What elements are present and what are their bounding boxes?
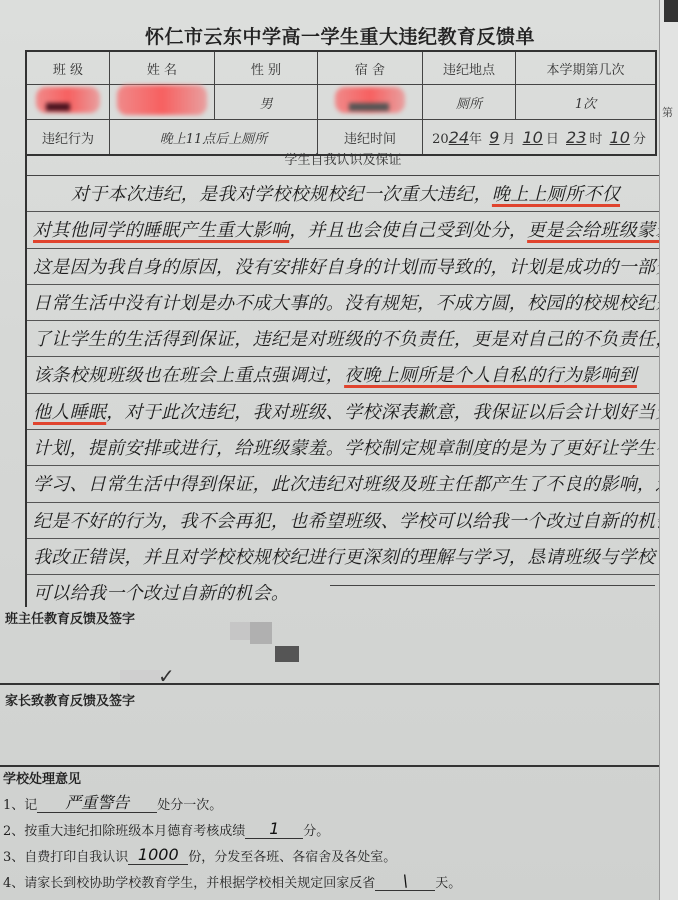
year-unit: 年 <box>469 132 482 147</box>
student-info-table: 班 级 姓 名 性 别 宿 舍 违纪地点 本学期第几次 男 厕所 1次 违纪行为… <box>25 50 657 156</box>
section-divider <box>330 585 655 586</box>
occurrence-value: 1次 <box>516 85 657 120</box>
head-teacher-feedback-label: 班主任教育反馈及签字 <box>5 608 135 627</box>
school-opinion-label: 学校处理意见 <box>3 768 81 787</box>
opinion-item-2: 2、按重大违纪扣除班级本月德育考核成绩1分。 <box>3 820 329 839</box>
line-text: ，并且也会使自己受到处分， <box>289 220 527 241</box>
item-suffix: 分。 <box>303 824 329 839</box>
parent-feedback-label: 家长致教育反馈及签字 <box>5 690 135 709</box>
hour-value: 23 <box>563 128 589 147</box>
item-suffix: 天。 <box>435 876 461 891</box>
item-prefix: 1、记 <box>3 798 37 813</box>
header-location: 违纪地点 <box>423 51 516 85</box>
header-gender: 性 别 <box>215 51 318 85</box>
handwritten-line: 计划，提前安排或进行，给班级蒙羞。学校制定规章制度的是为了更好让学生在 <box>27 430 659 466</box>
red-underlined-text: 他人睡眠 <box>33 402 106 423</box>
dorm-value-redacted <box>318 85 423 120</box>
year-prefix: 20 <box>432 132 449 147</box>
item-prefix: 2、按重大违纪扣除班级本月德育考核成绩 <box>3 824 245 839</box>
hour-unit: 时 <box>589 132 602 147</box>
line-text: 计划，提前安排或进行，给班级蒙羞。学校制定规章制度的是为了更好让学生在 <box>33 438 659 459</box>
line-text: 了让学生的生活得到保证，违纪是对班级的不负责任，更是对自己的不负责任，并且 <box>33 329 659 350</box>
section-divider <box>0 765 660 767</box>
name-value-redacted <box>110 85 215 120</box>
item-2-value: 1 <box>245 820 303 839</box>
section-divider <box>0 683 660 685</box>
red-underlined-text: 夜晚上厕所是个人自私的行为影响到 <box>344 365 637 386</box>
header-dorm: 宿 舍 <box>318 51 423 85</box>
handwritten-line: 他人睡眠，对于此次违纪，我对班级、学校深表歉意，我保证以后会计划好当天的 <box>27 394 659 430</box>
handwritten-line: 我改正错误，并且对学校校规校纪进行更深刻的理解与学习，恳请班级与学校 <box>27 539 659 575</box>
line-text: ，对于此次违纪，我对班级、学校深表歉意，我保证以后会计划好当天的 <box>106 402 659 423</box>
redaction-blur <box>335 87 405 113</box>
form-title: 怀仁市云东中学高一学生重大违纪教育反馈单 <box>120 22 560 49</box>
redaction-blur <box>117 85 207 115</box>
signature-redaction <box>250 622 272 644</box>
item-suffix: 处分一次。 <box>157 798 222 813</box>
line-text: 纪是不好的行为，我不会再犯，也希望班级、学校可以给我一个改过自新的机会，让 <box>33 511 659 532</box>
item-suffix: 份，分发至各班、各宿舍及各处室。 <box>188 850 396 865</box>
day-unit: 日 <box>546 132 559 147</box>
adjacent-page-edge: 第 <box>659 0 678 900</box>
header-name: 姓 名 <box>110 51 215 85</box>
gender-value: 男 <box>215 85 318 120</box>
feedback-form-paper: 怀仁市云东中学高一学生重大违纪教育反馈单 班 级 姓 名 性 别 宿 舍 违纪地… <box>0 0 660 900</box>
handwritten-line: 日常生活中没有计划是办不成大事的。没有规矩，不成方圆，校园的校规校纪是为 <box>27 285 659 321</box>
minute-unit: 分 <box>633 132 646 147</box>
line-text: 日常生活中没有计划是办不成大事的。没有规矩，不成方圆，校园的校规校纪是为 <box>33 293 659 314</box>
signature-redaction <box>120 670 160 682</box>
handwritten-line: 这是因为我自身的原因，没有安排好自身的计划而导致的，计划是成功的一部分在 <box>27 249 659 285</box>
red-underlined-text: 更是会给班级蒙羞 <box>527 220 659 241</box>
year-suffix: 24 <box>449 128 469 147</box>
line-text: 我改正错误，并且对学校校规校纪进行更深刻的理解与学习，恳请班级与学校 <box>33 547 655 568</box>
handwritten-line: 可以给我一个改过自新的机会。 <box>27 575 659 611</box>
handwritten-line: 对于本次违纪，是我对学校校规校纪一次重大违纪，晚上上厕所不仅 <box>27 176 659 212</box>
handwritten-line: 了让学生的生活得到保证，违纪是对班级的不负责任，更是对自己的不负责任，并且 <box>27 321 659 357</box>
item-prefix: 3、自费打印自我认识 <box>3 850 128 865</box>
opinion-item-4: 4、请家长到校协助学校教育学生，并根据学校相关规定回家反省\天。 <box>3 872 461 891</box>
handwritten-line: 学习、日常生活中得到保证，此次违纪对班级及班主任都产生了不良的影响，违 <box>27 466 659 502</box>
self-reflection-section: 学生自我认识及保证 对于本次违纪，是我对学校校规校纪一次重大违纪，晚上上厕所不仅… <box>25 147 661 607</box>
red-underlined-text: 晚上上厕所不仅 <box>492 184 620 205</box>
item-4-value: \ <box>375 872 435 891</box>
location-value: 厕所 <box>423 85 516 120</box>
opinion-item-3: 3、自费打印自我认识1000份，分发至各班、各宿舍及各处室。 <box>3 846 396 865</box>
month-value: 9 <box>486 128 502 147</box>
class-value-redacted <box>26 85 110 120</box>
header-occurrence: 本学期第几次 <box>516 51 657 85</box>
line-text: 这是因为我自身的原因，没有安排好自身的计划而导致的，计划是成功的一部分在 <box>33 257 659 278</box>
minute-value: 10 <box>607 128 633 147</box>
item-prefix: 4、请家长到校协助学校教育学生，并根据学校相关规定回家反省 <box>3 876 375 891</box>
self-reflection-title: 学生自我认识及保证 <box>27 147 659 176</box>
opinion-item-1: 1、记严重警告处分一次。 <box>3 794 222 813</box>
header-class: 班 级 <box>26 51 110 85</box>
handwritten-lines: 对于本次违纪，是我对学校校规校纪一次重大违纪，晚上上厕所不仅对其他同学的睡眠产生… <box>27 176 659 612</box>
handwritten-line: 该条校规班级也在班会上重点强调过，夜晚上厕所是个人自私的行为影响到 <box>27 357 659 393</box>
line-text: 对于本次违纪，是我对学校校规校纪一次重大违纪， <box>71 184 492 205</box>
handwritten-line: 对其他同学的睡眠产生重大影响，并且也会使自己受到处分，更是会给班级蒙羞 <box>27 212 659 248</box>
shadow-corner <box>664 0 678 22</box>
handwritten-line: 纪是不好的行为，我不会再犯，也希望班级、学校可以给我一个改过自新的机会，让 <box>27 503 659 539</box>
item-1-value: 严重警告 <box>37 794 157 813</box>
day-value: 10 <box>520 128 546 147</box>
red-underlined-text: 对其他同学的睡眠产生重大影响 <box>33 220 289 241</box>
line-text: 学习、日常生活中得到保证，此次违纪对班级及班主任都产生了不良的影响，违 <box>33 474 659 495</box>
signature-redaction <box>275 646 299 662</box>
line-text: 该条校规班级也在班会上重点强调过， <box>33 365 344 386</box>
edge-text-fragment: 第 <box>662 104 673 120</box>
month-unit: 月 <box>502 132 515 147</box>
redaction-blur <box>36 87 100 113</box>
line-text: 可以给我一个改过自新的机会。 <box>33 583 289 604</box>
item-3-value: 1000 <box>128 846 188 865</box>
